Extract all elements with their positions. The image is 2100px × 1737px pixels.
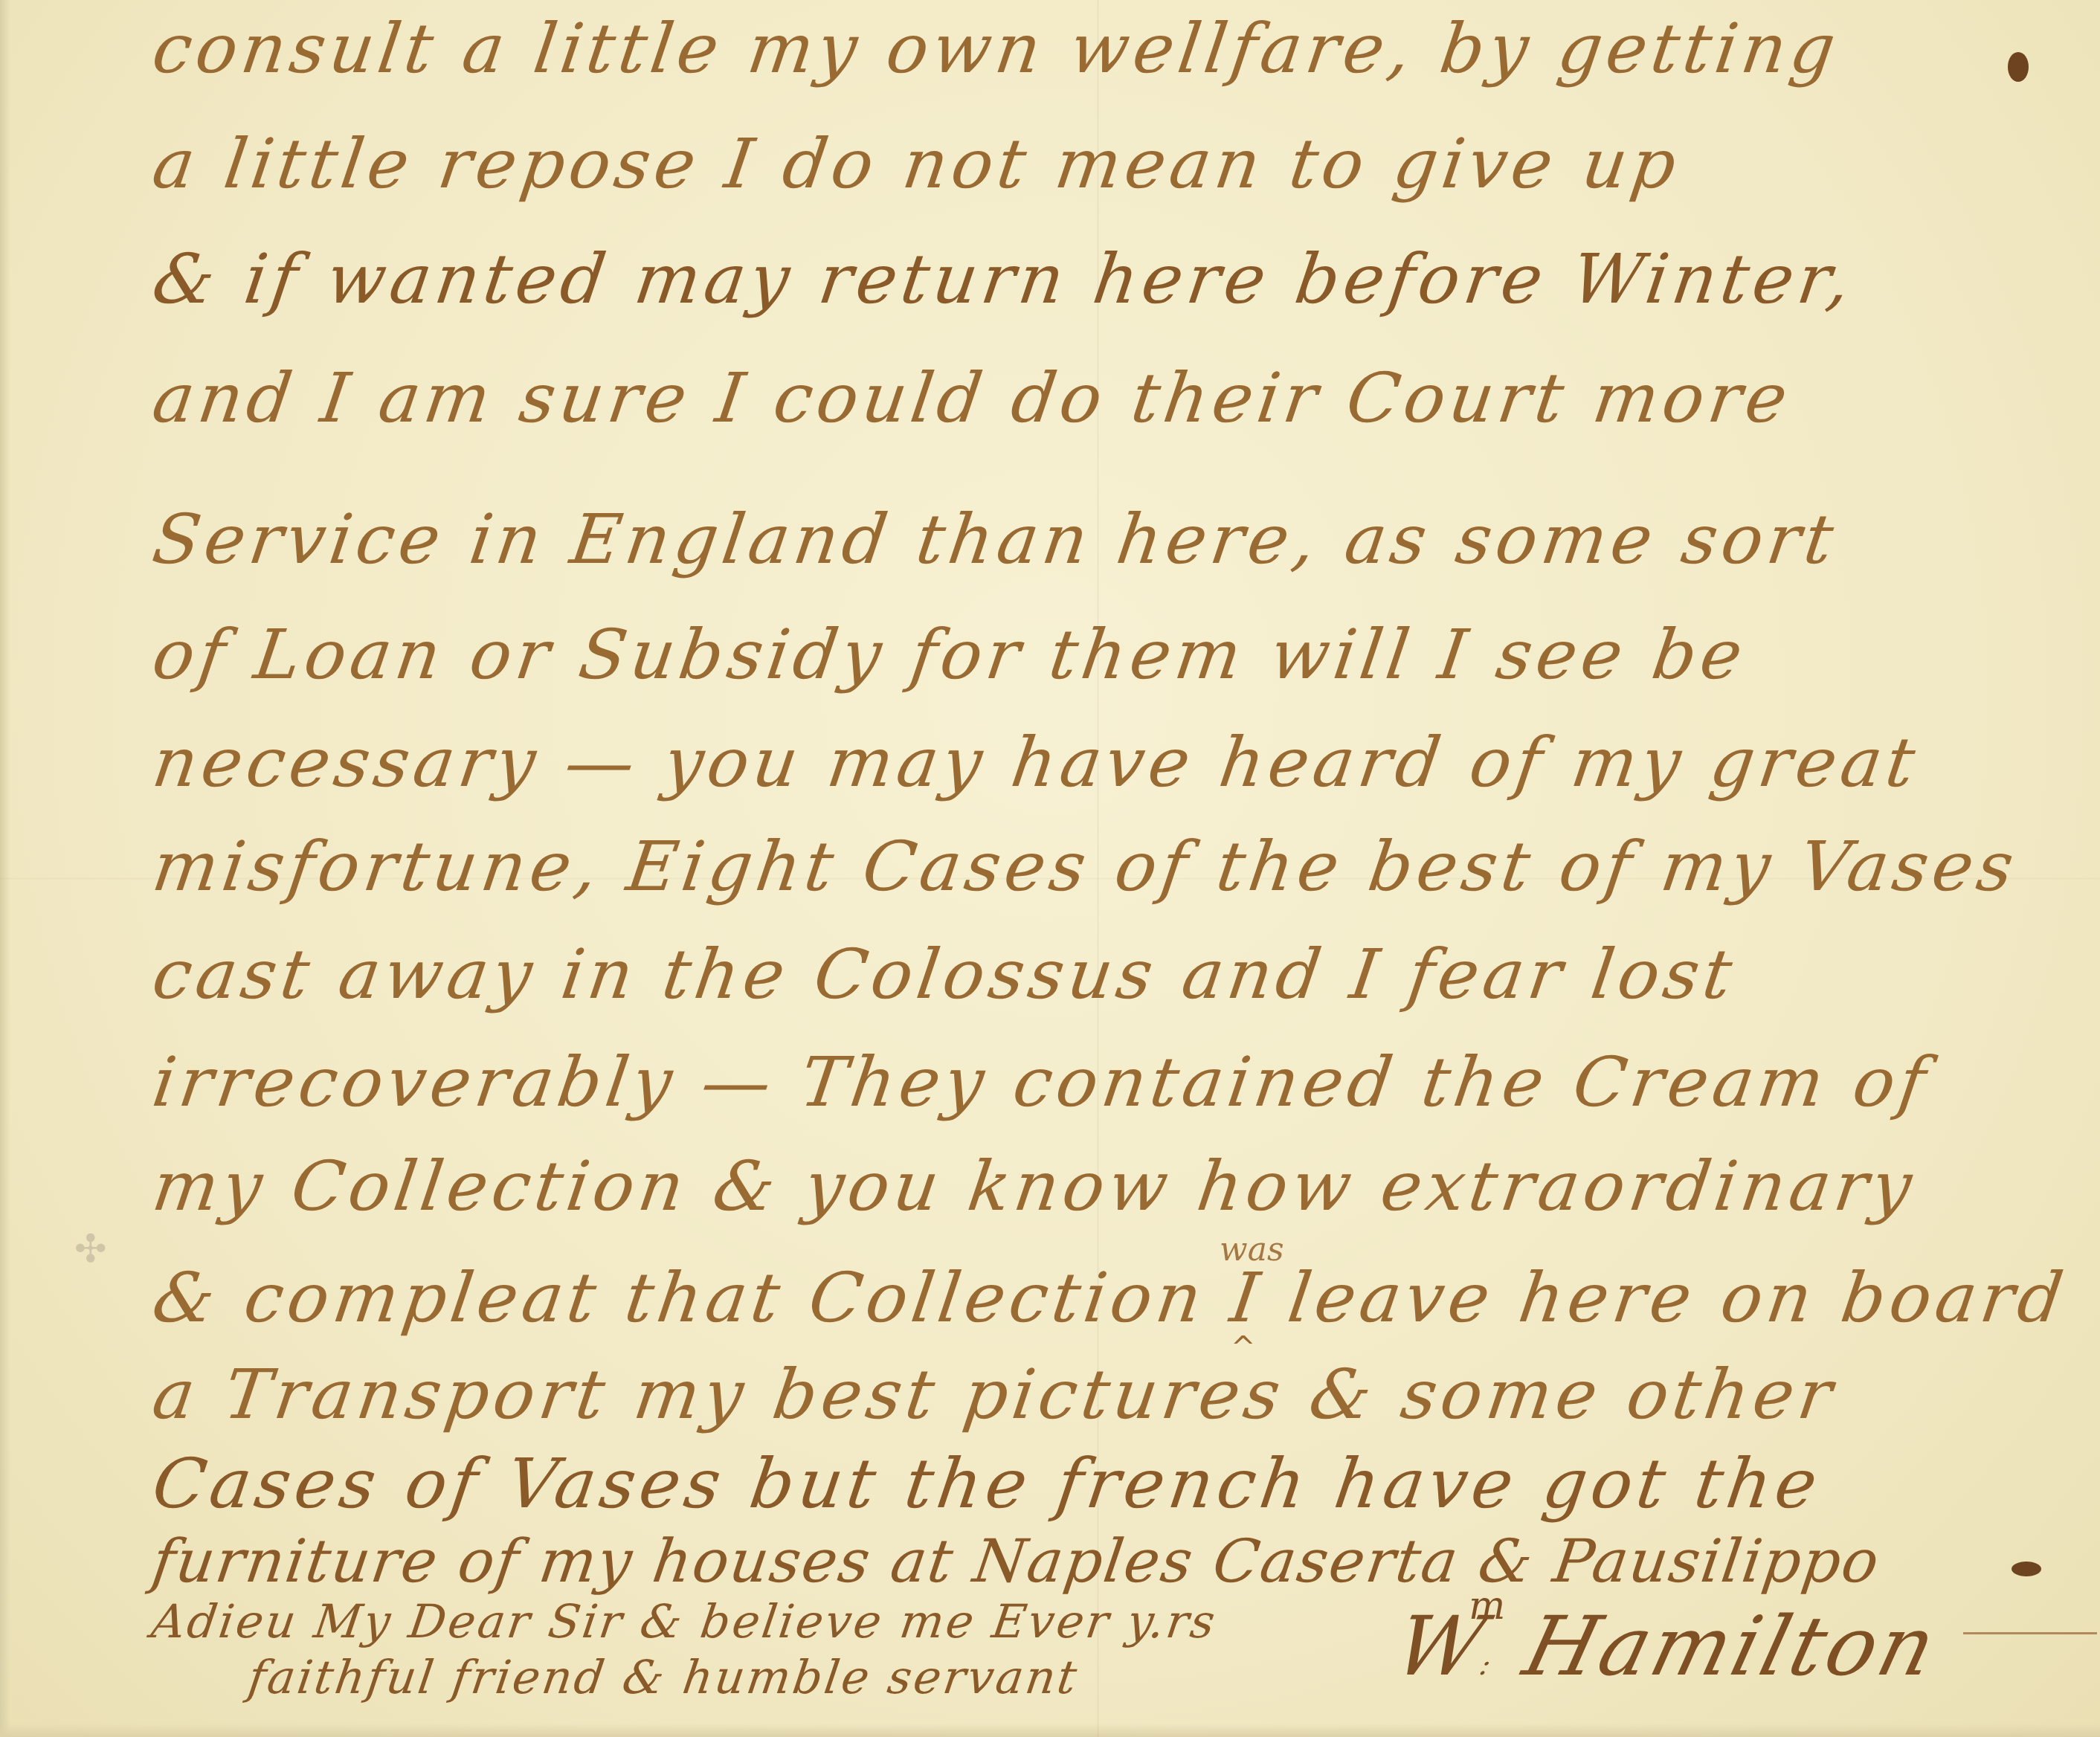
- letter-line-11: my Collection & you know how extraordina…: [149, 1153, 1920, 1221]
- ink-blot: [2012, 1562, 2041, 1576]
- letter-line-15: furniture of my houses at Naples Caserta…: [149, 1532, 1884, 1591]
- letter-line-13: a Transport my best pictures & some othe…: [149, 1361, 1840, 1429]
- letter-line-1: consult a little my own wellfare, by get…: [149, 15, 1843, 83]
- letter-line-10: irrecoverably — They contained the Cream…: [149, 1048, 1934, 1117]
- letter-line-14: Cases of Vases but the french have got t…: [149, 1450, 1826, 1518]
- paper-bottom-edge: [0, 1724, 2100, 1737]
- interlinear-insert: was: [1220, 1231, 1283, 1269]
- letter-line-4: and I am sure I could do their Court mor…: [149, 364, 1796, 433]
- letter-line-5: Service in England than here, as some so…: [149, 506, 1841, 574]
- ink-blot: [2008, 52, 2029, 82]
- margin-mark-icon: ✣: [74, 1227, 107, 1272]
- letter-line-9: cast away in the Colossus and I fear los…: [149, 941, 1740, 1009]
- letter-line-12: & compleat that Collection I leave here …: [149, 1264, 2071, 1332]
- letter-line-7: necessary — you may have heard of my gre…: [149, 729, 1923, 797]
- letter-line-3: & if wanted may return here before Winte…: [149, 245, 1859, 314]
- closing-line-1: Adieu My Dear Sir & believe me Ever y.rs: [149, 1599, 1220, 1645]
- closing-line-2: faithful friend & humble servant: [245, 1654, 1082, 1701]
- letter-page: consult a little my own wellfare, by get…: [0, 0, 2100, 1737]
- signature-surname: Hamilton: [1516, 1599, 1948, 1694]
- signature-flourish: [1963, 1632, 2097, 1634]
- insertion-caret-icon: ^: [1231, 1331, 1256, 1365]
- letter-line-8: misfortune, Eight Cases of the best of m…: [149, 833, 2022, 901]
- signature-superscript: m: [1469, 1584, 1505, 1628]
- letter-line-6: of Loan or Subsidy for them will I see b…: [149, 621, 1750, 689]
- letter-line-2: a little repose I do not mean to give up: [149, 130, 1684, 199]
- paper-left-edge: [0, 0, 10, 1737]
